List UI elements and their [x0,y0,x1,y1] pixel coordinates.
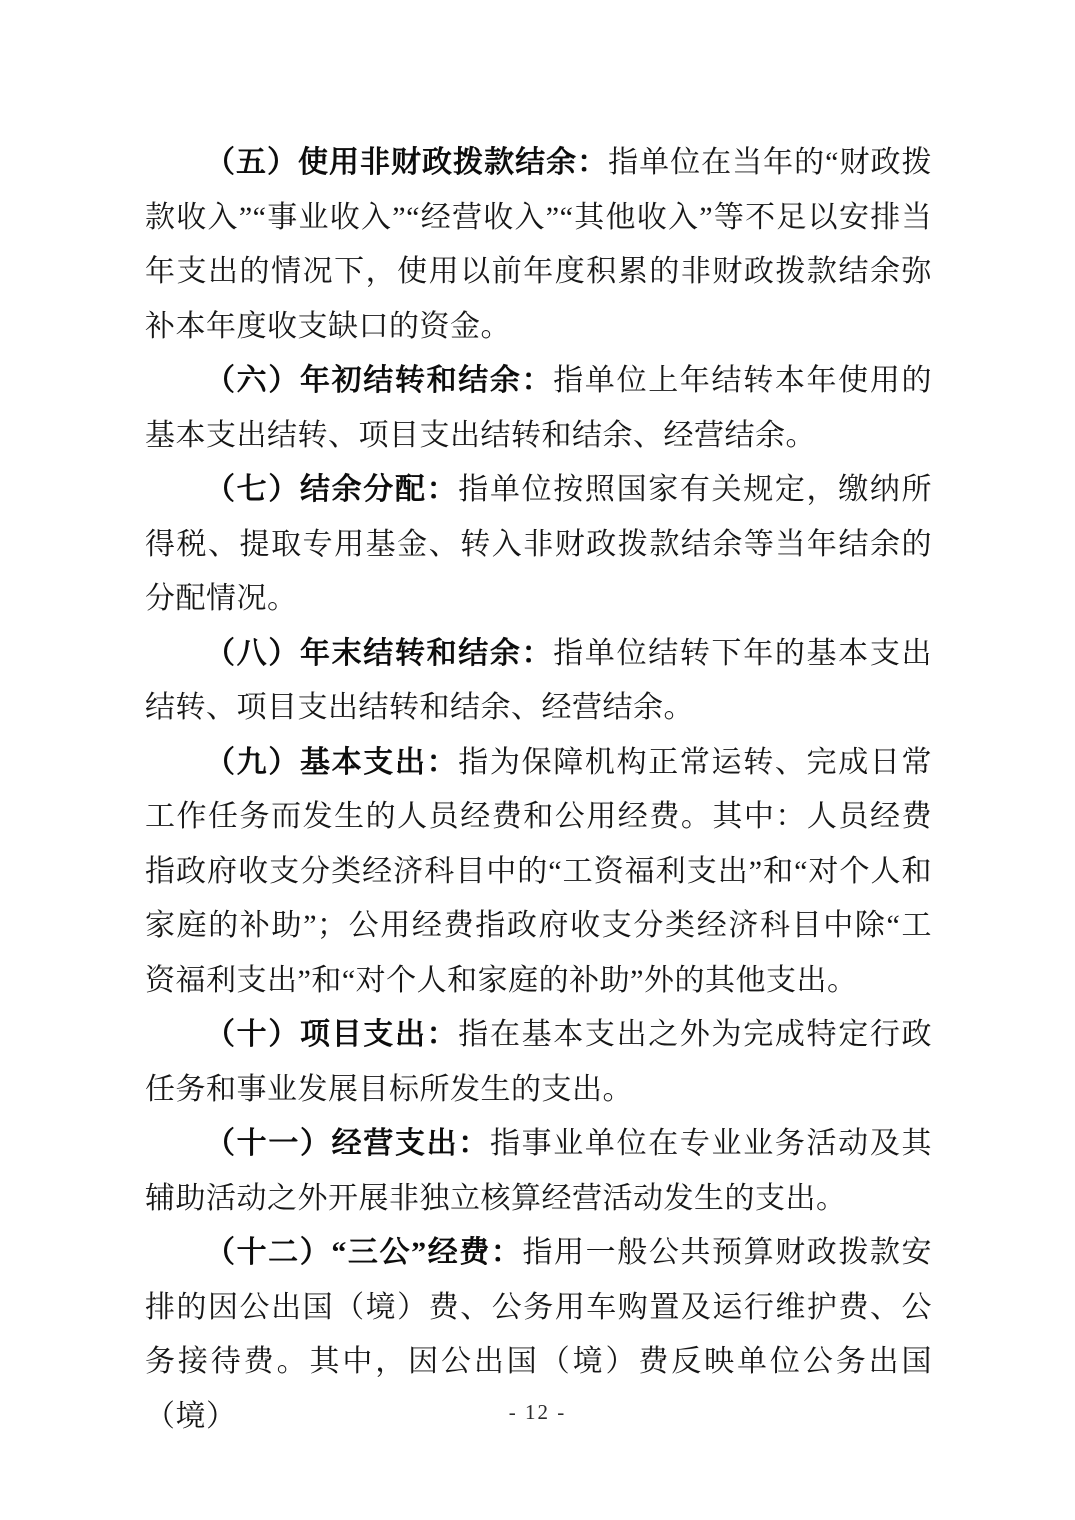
definition-paragraph: （七）结余分配：指单位按照国家有关规定，缴纳所得税、提取专用基金、转入非财政拨款… [145,463,932,627]
definition-paragraph: （九）基本支出：指为保障机构正常运转、完成日常工作任务而发生的人员经费和公用经费… [145,736,932,1009]
document-page: （五）使用非财政拨款结余：指单位在当年的“财政拨款收入”“事业收入”“经营收入”… [0,0,1075,1520]
definition-paragraph: （十一）经营支出：指事业单位在专业业务活动及其辅助活动之外开展非独立核算经营活动… [145,1117,932,1226]
term-title: （六）年初结转和结余： [205,364,553,397]
definition-paragraph: （八）年末结转和结余：指单位结转下年的基本支出结转、项目支出结转和结余、经营结余… [145,627,932,736]
term-title: （九）基本支出： [205,746,458,779]
term-title: （十一）经营支出： [205,1127,490,1160]
term-title: （五）使用非财政拨款结余： [205,146,608,179]
term-title: （十二）“三公”经费： [205,1236,522,1269]
term-title: （十）项目支出： [205,1018,458,1051]
document-body: （五）使用非财政拨款结余：指单位在当年的“财政拨款收入”“事业收入”“经营收入”… [145,136,932,1444]
definition-paragraph: （十）项目支出：指在基本支出之外为完成特定行政任务和事业发展目标所发生的支出。 [145,1008,932,1117]
term-definition: 指为保障机构正常运转、完成日常工作任务而发生的人员经费和公用经费。其中：人员经费… [145,746,932,997]
term-title: （七）结余分配： [205,473,458,506]
definition-paragraph: （五）使用非财政拨款结余：指单位在当年的“财政拨款收入”“事业收入”“经营收入”… [145,136,932,354]
page-number: - 12 - [0,1400,1075,1425]
term-title: （八）年末结转和结余： [205,637,553,670]
definition-paragraph: （六）年初结转和结余：指单位上年结转本年使用的基本支出结转、项目支出结转和结余、… [145,354,932,463]
